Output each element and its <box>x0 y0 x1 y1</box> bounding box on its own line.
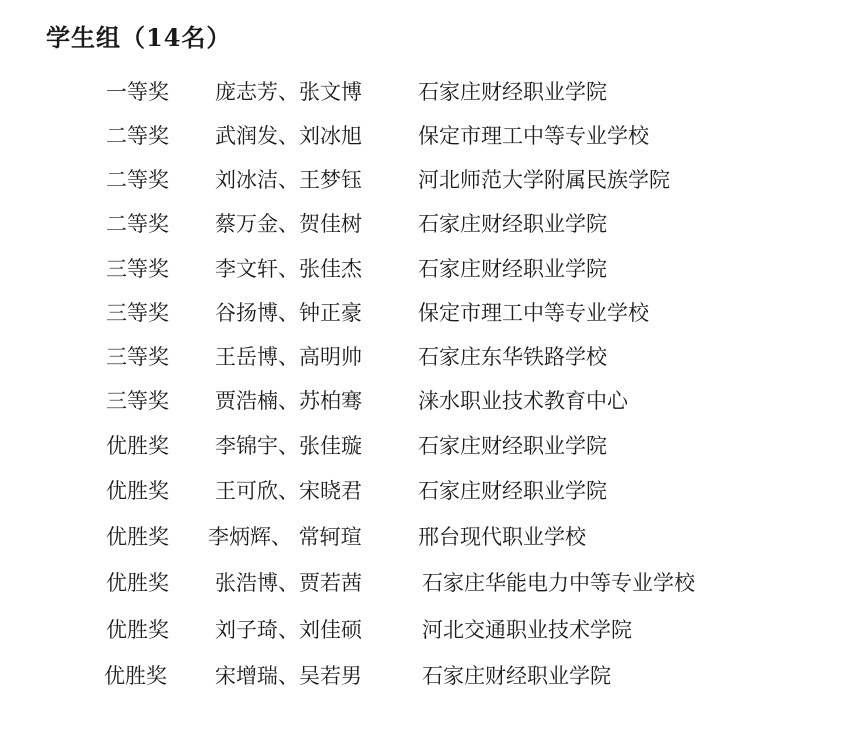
award-level: 优胜奖 <box>106 522 169 552</box>
school-name: 石家庄东华铁路学校 <box>418 342 607 372</box>
winner-names: 张浩博、贾若茜 <box>215 568 362 598</box>
award-level: 三等奖 <box>106 342 169 372</box>
winner-names: 宋增瑞、吴若男 <box>215 661 362 691</box>
winner-names: 贾浩楠、苏柏骞 <box>215 386 362 416</box>
school-name: 保定市理工中等专业学校 <box>418 298 649 328</box>
school-name: 石家庄财经职业学院 <box>418 77 607 107</box>
winner-names: 王可欣、宋晓君 <box>215 476 362 506</box>
school-name: 河北师范大学附属民族学院 <box>418 165 670 195</box>
school-name: 石家庄财经职业学院 <box>418 209 607 239</box>
section-title: 学生组（14名） <box>46 18 231 53</box>
award-level: 优胜奖 <box>106 615 169 645</box>
winner-names: 蔡万金、贺佳树 <box>215 209 362 239</box>
school-name: 石家庄财经职业学院 <box>418 476 607 506</box>
winner-names: 刘子琦、刘佳硕 <box>215 615 362 645</box>
award-level: 三等奖 <box>106 386 169 416</box>
winner-names: 庞志芳、张文博 <box>215 77 362 107</box>
winner-names: 武润发、刘冰旭 <box>215 121 362 151</box>
winner-names: 谷扬博、钟正豪 <box>215 298 362 328</box>
winner-names: 刘冰洁、王梦钰 <box>215 165 362 195</box>
winner-names: 李锦宇、张佳璇 <box>215 431 362 461</box>
school-name: 石家庄财经职业学院 <box>418 254 607 284</box>
winner-names: 李文轩、张佳杰 <box>215 254 362 284</box>
winner-names: 李炳辉、 常轲瑄 <box>208 522 362 552</box>
school-name: 石家庄华能电力中等专业学校 <box>422 568 695 598</box>
award-level: 一等奖 <box>106 77 169 107</box>
school-name: 石家庄财经职业学院 <box>422 661 611 691</box>
award-level: 三等奖 <box>106 298 169 328</box>
school-name: 河北交通职业技术学院 <box>422 615 632 645</box>
award-level: 二等奖 <box>106 209 169 239</box>
award-level: 二等奖 <box>106 165 169 195</box>
award-level: 优胜奖 <box>106 568 169 598</box>
school-name: 邢台现代职业学校 <box>418 522 586 552</box>
school-name: 石家庄财经职业学院 <box>418 431 607 461</box>
award-level: 优胜奖 <box>106 431 169 461</box>
award-level: 二等奖 <box>106 121 169 151</box>
award-level: 三等奖 <box>106 254 169 284</box>
award-level: 优胜奖 <box>104 661 167 691</box>
winner-names: 王岳博、高明帅 <box>215 342 362 372</box>
award-level: 优胜奖 <box>106 476 169 506</box>
school-name: 涞水职业技术教育中心 <box>418 386 628 416</box>
school-name: 保定市理工中等专业学校 <box>418 121 649 151</box>
